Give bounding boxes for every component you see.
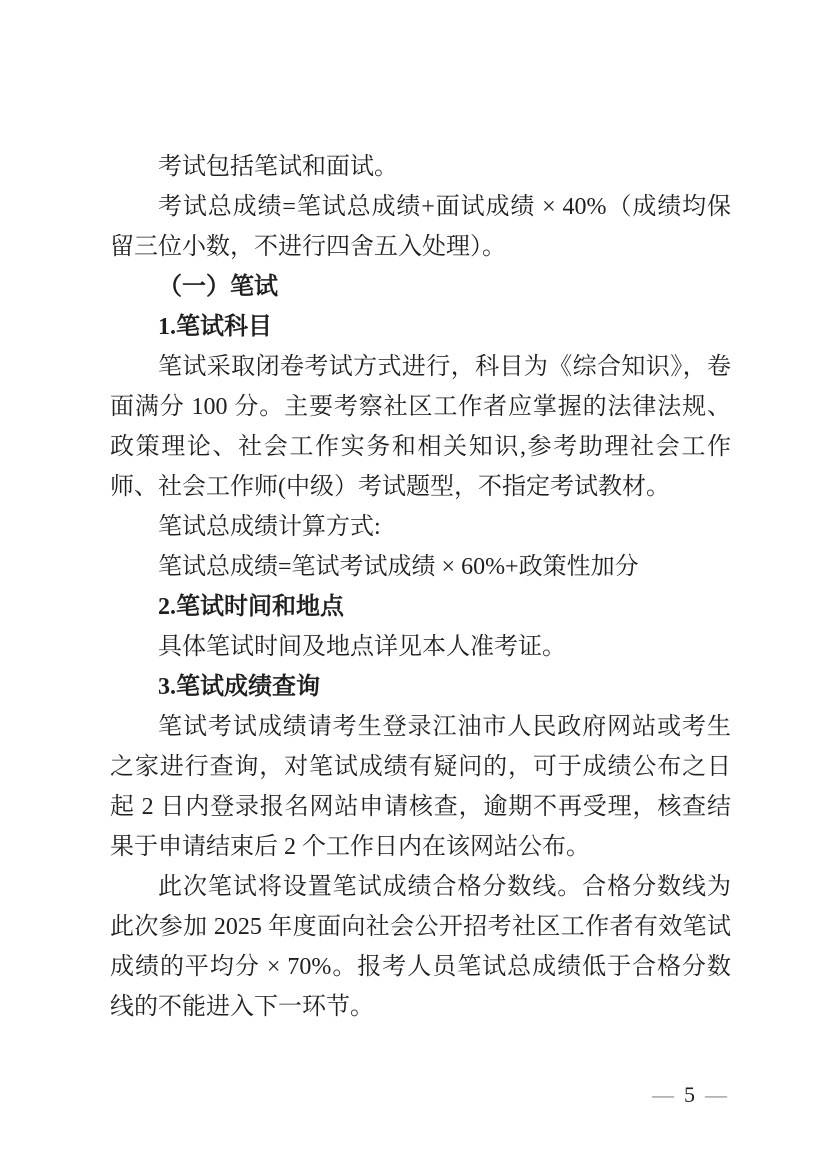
body-paragraph: 笔试总成绩=笔试考试成绩 × 60%+政策性加分 (110, 547, 731, 587)
body-paragraph: 具体笔试时间及地点详见本人准考证。 (110, 627, 731, 667)
document-page: 考试包括笔试和面试。考试总成绩=笔试总成绩+面试成绩 × 40%（成绩均保留三位… (0, 0, 826, 1169)
document-body: 考试包括笔试和面试。考试总成绩=笔试总成绩+面试成绩 × 40%（成绩均保留三位… (110, 147, 731, 1027)
section-heading: （一）笔试 (110, 267, 731, 307)
body-paragraph: 笔试采取闭卷考试方式进行，科目为《综合知识》，卷面满分 100 分。主要考察社区… (110, 347, 731, 507)
body-paragraph: 笔试总成绩计算方式: (110, 507, 731, 547)
body-paragraph: 考试包括笔试和面试。 (110, 147, 731, 187)
section-heading: 3.笔试成绩查询 (110, 667, 731, 707)
section-heading: 1.笔试科目 (110, 307, 731, 347)
page-number-dash-right: — (705, 1082, 727, 1107)
body-paragraph: 考试总成绩=笔试总成绩+面试成绩 × 40%（成绩均保留三位小数，不进行四舍五入… (110, 187, 731, 267)
section-heading: 2.笔试时间和地点 (110, 587, 731, 627)
page-number-dash-left: — (652, 1082, 674, 1107)
page-number: —5— (652, 1081, 727, 1109)
body-paragraph: 此次笔试将设置笔试成绩合格分数线。合格分数线为此次参加 2025 年度面向社会公… (110, 867, 731, 1027)
page-number-value: 5 (684, 1082, 695, 1107)
body-paragraph: 笔试考试成绩请考生登录江油市人民政府网站或考生之家进行查询，对笔试成绩有疑问的，… (110, 707, 731, 867)
